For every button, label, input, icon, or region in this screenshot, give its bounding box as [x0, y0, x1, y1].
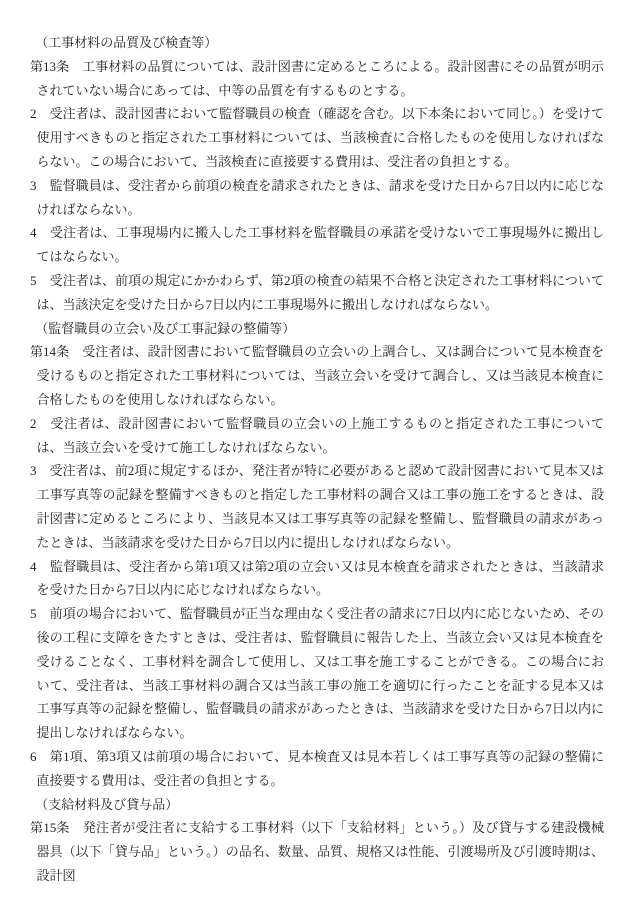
clause-heading: （工事材料の品質及び検査等） — [30, 31, 604, 55]
clause-heading: （支給材料及び貸与品） — [30, 793, 604, 817]
clause-heading: （監督職員の立会い及び工事記録の整備等） — [30, 317, 604, 341]
clause-paragraph: 6 第1項、第3項又は前項の場合において、見本検査又は見本若しくは工事写真等の記… — [30, 745, 604, 793]
clause-paragraph: 5 前項の場合において、監督職員が正当な理由なく受注者の請求に7日以内に応じない… — [30, 602, 604, 745]
clause-paragraph: 第15条 発注者が受注者に支給する工事材料（以下「支給材料」という。）及び貸与す… — [30, 816, 604, 887]
clause-paragraph: 4 監督職員は、受注者から第1項又は第2項の立会い又は見本検査を請求されたときは… — [30, 555, 604, 603]
clause-paragraph: 3 受注者は、前2項に規定するほか、発注者が特に必要があると認めて設計図書におい… — [30, 459, 604, 554]
clause-paragraph: 2 受注者は、設計図書において監督職員の検査（確認を含む。以下本条において同じ。… — [30, 102, 604, 173]
clause-paragraph: 2 受注者は、設計図書において監督職員の立会いの上施工するものと指定された工事に… — [30, 412, 604, 460]
document-page: （工事材料の品質及び検査等）第13条 工事材料の品質については、設計図書に定める… — [0, 0, 630, 903]
clause-paragraph: 第13条 工事材料の品質については、設計図書に定めるところによる。設計図書にその… — [30, 55, 604, 103]
clause-paragraph: 4 受注者は、工事現場内に搬入した工事材料を監督職員の承諾を受けないで工事現場外… — [30, 221, 604, 269]
clause-paragraph: 5 受注者は、前項の規定にかかわらず、第2項の検査の結果不合格と決定された工事材… — [30, 269, 604, 317]
clause-paragraph: 第14条 受注者は、設計図書において監督職員の立会いの上調合し、又は調合について… — [30, 340, 604, 411]
clause-paragraph: 3 監督職員は、受注者から前項の検査を請求されたときは、請求を受けた日から7日以… — [30, 174, 604, 222]
